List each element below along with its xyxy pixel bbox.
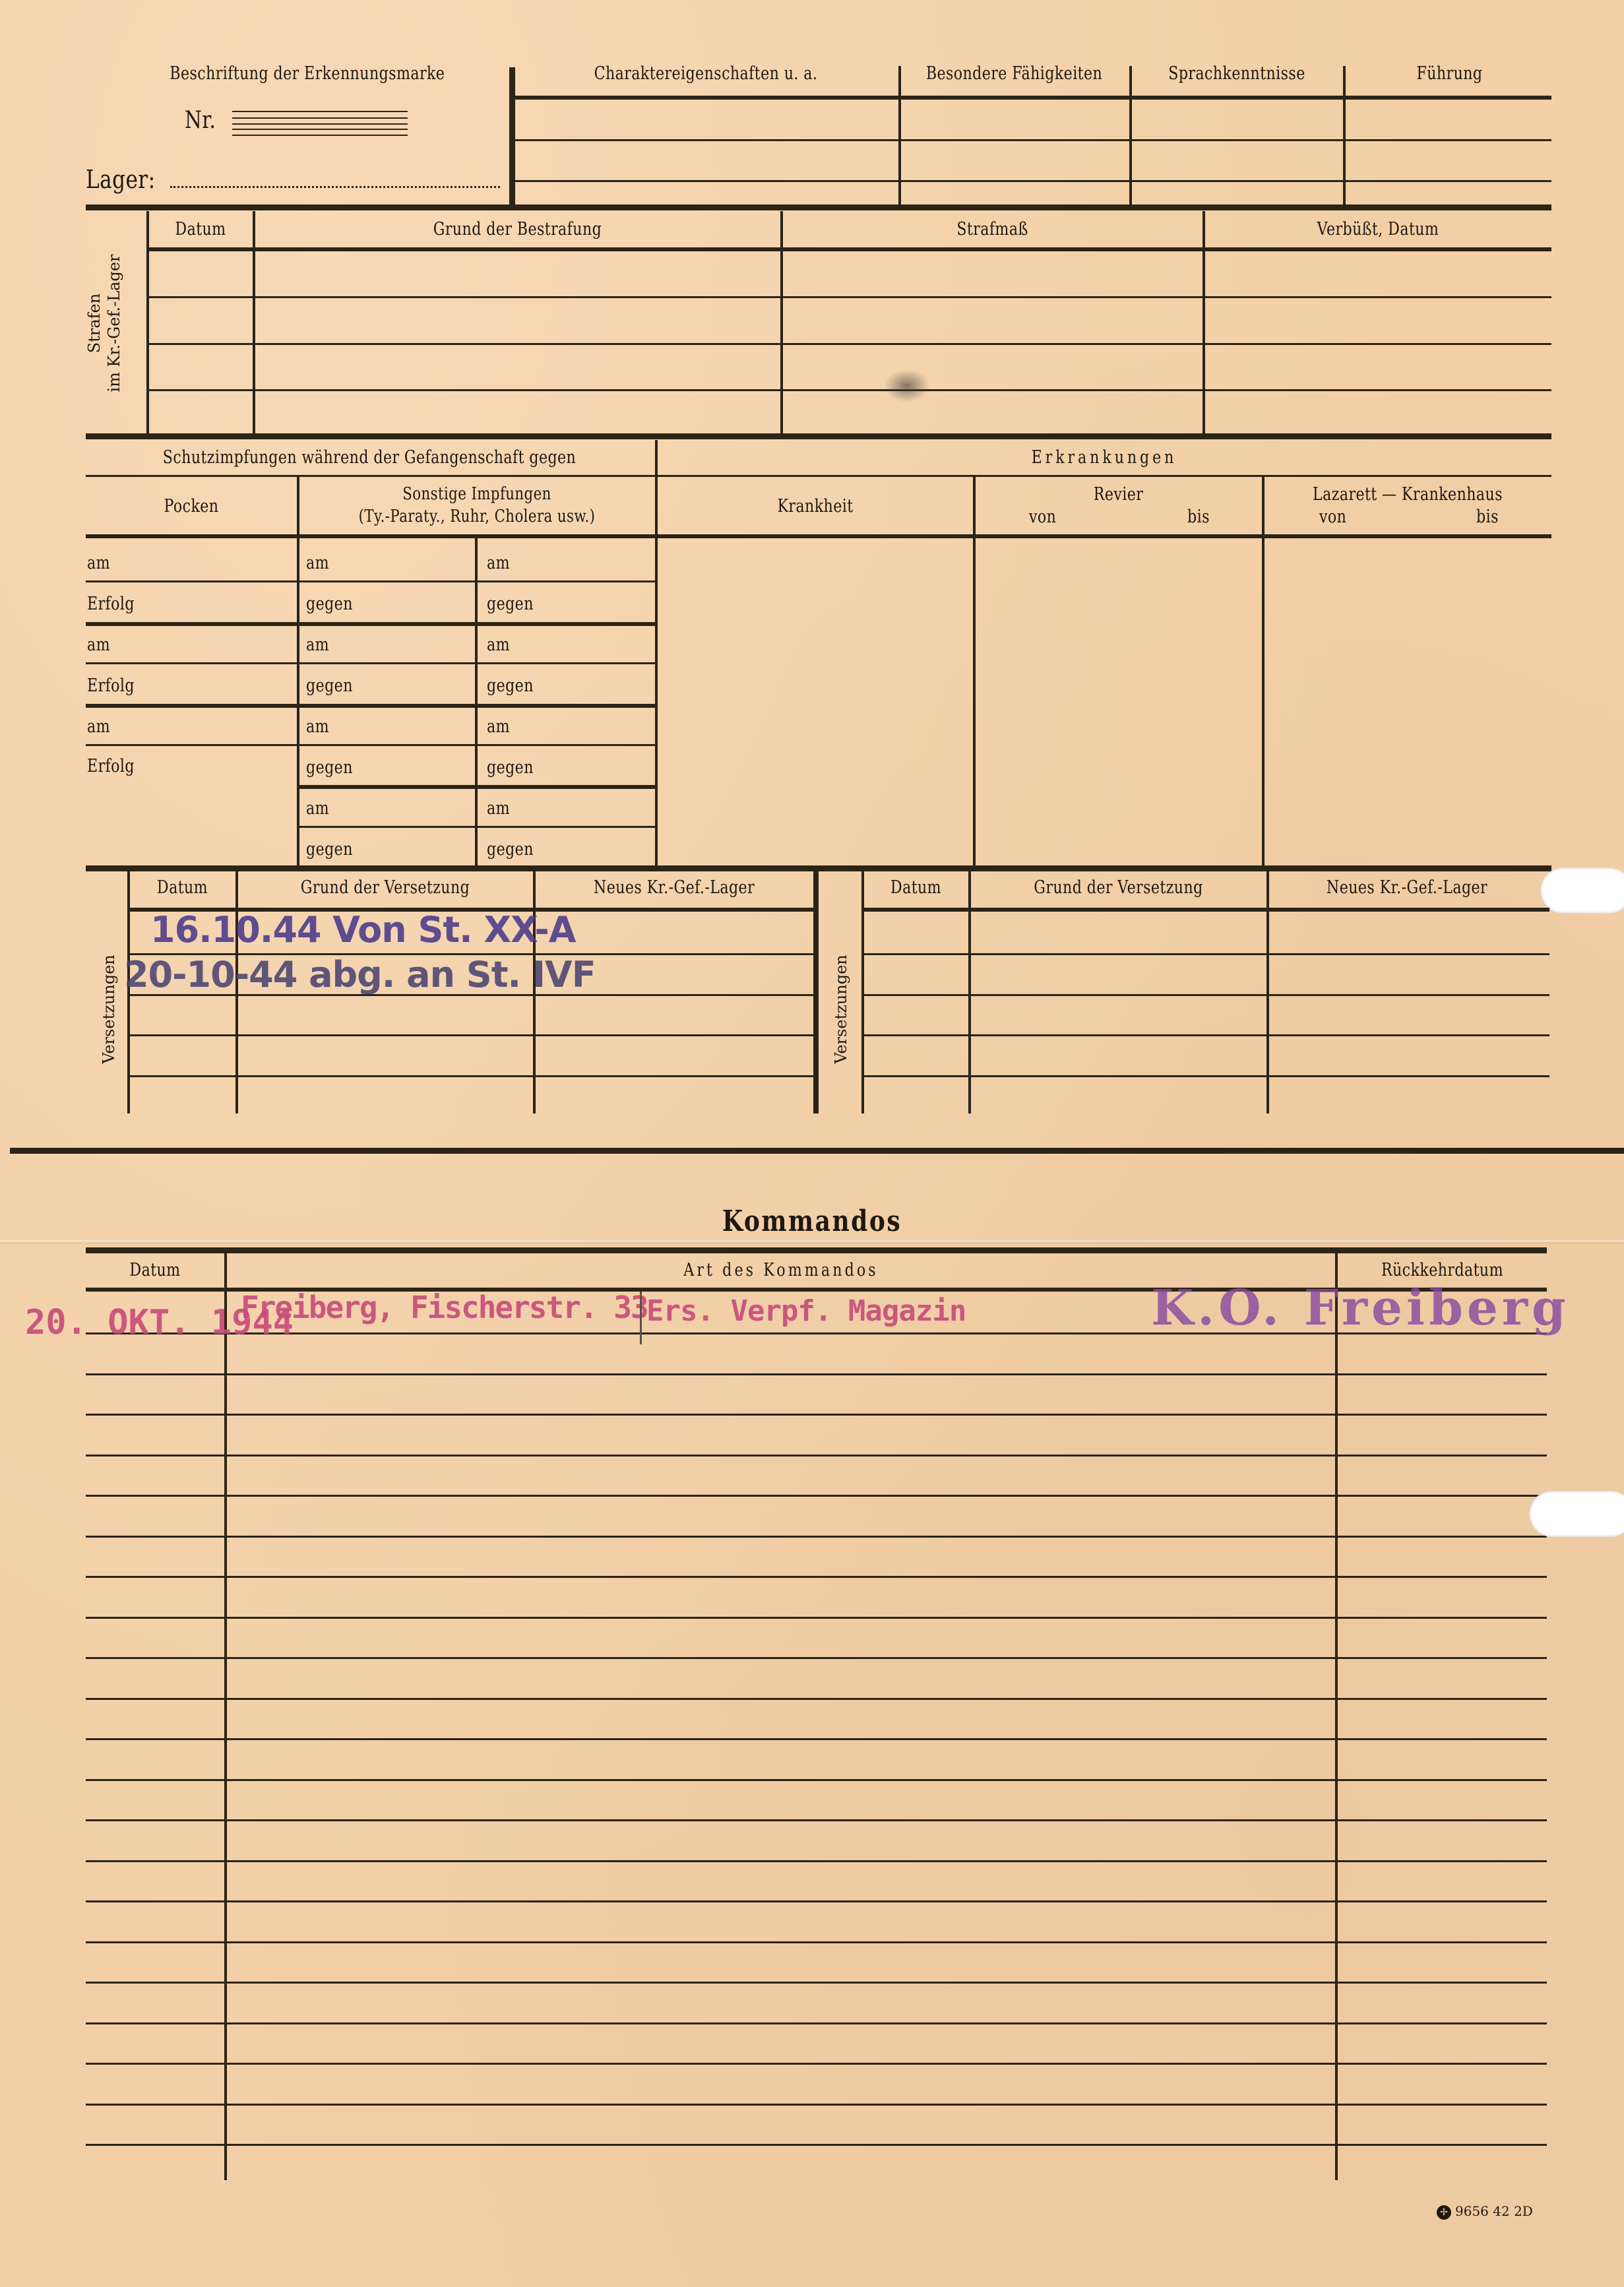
strafen-ink-smudge [884,369,930,402]
erkrankungen-cells[interactable] [657,538,1551,865]
erkrankungen-title: Erkrankungen [737,447,1471,468]
pocken-row-2: Erfolg [87,594,135,614]
sonst-a-3: am [306,635,329,655]
punch-hole-bottom [1529,1491,1624,1537]
kommandos-row-line [86,1414,1547,1416]
col-charakter: Charaktereigenschaften u. a. [551,63,859,84]
vers-left-col-grund: Grund der Versetzung [264,877,506,898]
col-sprachkenntnisse: Sprachkenntnisse [1150,63,1323,84]
kommando-ko-stamp: K.O. Freiberg [1151,1280,1570,1336]
kommandos-col-datum: Datum [98,1260,212,1280]
col-faehigkeiten: Besondere Fähigkeiten [921,63,1108,84]
sonst-b-8: gegen [487,839,534,860]
kommandos-row-line [86,1982,1547,1984]
pocken-row-1: am [87,553,110,573]
sonst-b-5: am [487,716,510,737]
kommandos-col-rueckkehr: Rückkehrdatum [1357,1260,1528,1280]
sonst-a-8: gegen [306,839,353,860]
strafen-col-grund: Grund der Bestrafung [302,219,734,239]
kommandos-row-line [86,1860,1547,1862]
sonst-b-4: gegen [487,675,534,696]
sonstige-label-1: Sonstige Impfungen [331,484,623,504]
kommandos-row-line [86,1819,1547,1821]
vers-left-col-datum: Datum [139,877,226,898]
strafen-col-verbuesst: Verbüßt, Datum [1235,219,1520,239]
sonst-b-1: am [487,553,510,573]
vers-right-col-lager: Neues Kr.-Gef.-Lager [1294,877,1520,898]
kommandos-row-line [86,1941,1547,1943]
sonst-a-1: am [306,553,329,573]
strafen-side-label: Strafen im Kr.-Gef.-Lager [84,244,137,402]
revier-von: von [1029,507,1056,527]
vers-right-col-datum: Datum [873,877,958,898]
punch-hole-top [1540,867,1624,914]
revier-bis: bis [1187,507,1210,527]
pocken-row-3: am [87,635,110,655]
sonst-b-2: gegen [487,594,534,614]
kommando-art-stamp-2: Ers. Verpf. Magazin [646,1294,966,1328]
kommandos-row-line [86,1779,1547,1781]
kommandos-row-line [86,1698,1547,1700]
versetzung-stamp-2: 20-10-44 abg. an St. IVF [124,954,596,995]
sonst-a-4: gegen [306,675,353,696]
versetzung-stamp-1: 16.10.44 Von St. XX-A [150,909,576,951]
strafen-col-datum: Datum [158,219,243,239]
sonstige-label-2: (Ty.-Paraty., Ruhr, Cholera usw.) [331,507,623,526]
kommandos-row-line [86,1495,1547,1497]
sonst-b-3: am [487,635,510,655]
kommandos-title: Kommandos [146,1205,1478,1238]
kommandos-row-line [86,2144,1547,2146]
kommandos-row-line [86,1373,1547,1375]
handwritten-divider [640,1292,642,1344]
section-divider [10,1148,1624,1154]
revier-label: Revier [1001,484,1236,505]
pocken-row-4: Erfolg [87,675,135,696]
lazarett-bis: bis [1476,507,1499,527]
lager-field[interactable] [170,186,500,188]
vers-left-col-lager: Neues Kr.-Gef.-Lager [560,877,788,898]
lazarett-label: Lazarett — Krankenhaus [1290,484,1526,505]
kommandos-row-line [86,1576,1547,1578]
kommandos-row-line [86,1617,1547,1619]
krankheit-label: Krankheit [685,496,945,517]
versetzungen-side-label-left: Versetzungen [99,927,119,1092]
fold-crease [0,1240,1624,1244]
pocken-row-6: Erfolg [87,756,135,776]
kommandos-row-line [86,1738,1547,1740]
print-code-text: 9656 42 2D [1455,2203,1533,2219]
pocken-row-5: am [87,716,110,737]
strafen-col-strafmass: Strafmaß [820,219,1164,239]
sonst-b-6: gegen [487,757,534,778]
kommando-art-stamp-1: Freiberg, Fischerstr. 33 [241,1290,648,1325]
lazarett-von: von [1319,507,1346,527]
vers-right-col-grund: Grund der Versetzung [997,877,1239,898]
versetzungen-side-label-right: Versetzungen [831,927,851,1092]
print-code: ✢9656 42 2D [1437,2203,1533,2220]
sonst-b-7: am [487,798,510,819]
kommandos-row-line [86,2104,1547,2106]
printer-logo-icon: ✢ [1437,2205,1451,2220]
sonst-a-7: am [306,798,329,819]
col-fuehrung: Führung [1364,63,1534,84]
nr-label: Nr. [185,107,216,134]
kommandos-row-line [86,1657,1547,1659]
sonst-a-2: gegen [306,594,353,614]
kommandos-row-line [86,2022,1547,2024]
kommandos-row-line [86,1900,1547,1902]
impfungen-title: Schutzimpfungen während der Gefangenscha… [137,447,602,468]
pocken-label: Pocken [105,496,278,517]
erkennungsmarke-title: Beschriftung der Erkennungsmarke [170,63,423,84]
kommandos-col-art: Art des Kommandos [327,1260,1235,1280]
sonst-a-5: am [306,716,329,737]
sonst-a-6: gegen [306,757,353,778]
kommandos-row-line [86,1536,1547,1538]
kommandos-row-line [86,1455,1547,1457]
lager-label: Lager: [86,165,156,194]
kommandos-row-line [86,2063,1547,2065]
